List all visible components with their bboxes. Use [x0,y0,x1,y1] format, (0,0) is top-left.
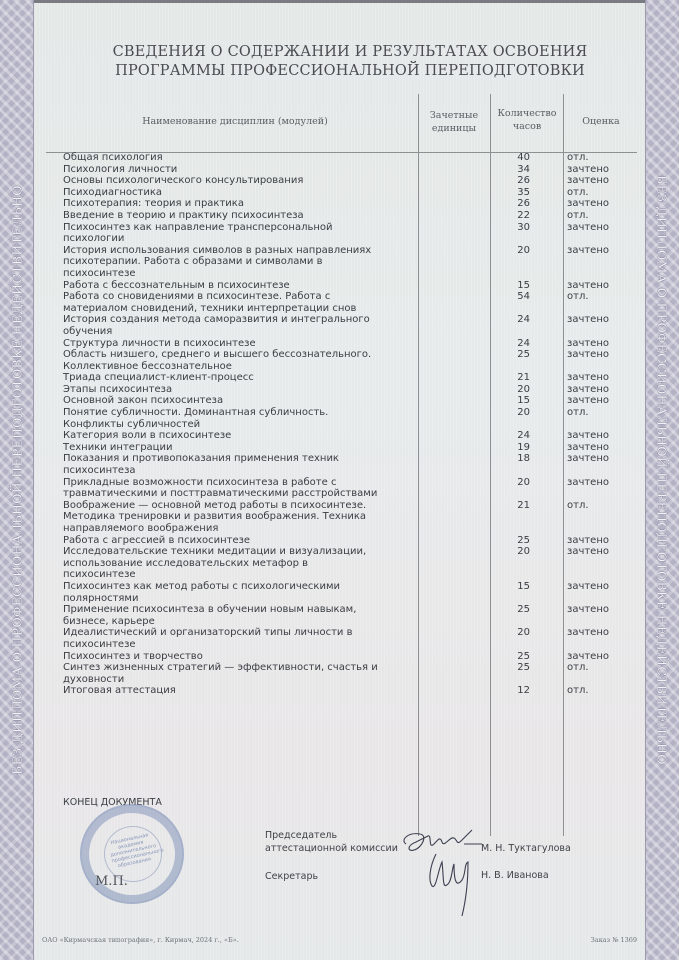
table-row: Психотерапия: теория и практика26зачтено [63,198,633,210]
discipline-name: Область низшего, среднего и высшего бесс… [63,349,381,372]
discipline-name: Работа со сновидениями в психосинтезе. Р… [63,291,381,314]
discipline-hours: 20 [500,477,530,489]
discipline-grade: зачтено [567,175,609,187]
table-row: Прикладные возможности психосинтеза в ра… [63,477,633,500]
header-grade: Оценка [565,115,637,128]
table-row: Идеалистический и организаторский типы л… [63,627,633,650]
discipline-hours: 15 [500,395,530,407]
header-credits-line-1: Зачетные [420,109,488,122]
discipline-name: Техники интеграции [63,442,381,454]
table-row: Психосинтез как направление трансперсона… [63,222,633,245]
discipline-hours: 40 [500,152,530,164]
discipline-grade: зачтено [567,477,609,489]
table-row: Психосинтез как метод работы с психологи… [63,581,633,604]
table-row: Категория воли в психосинтезе24зачтено [63,430,633,442]
diploma-supplement-page: БЕЗ ДИПЛОМА О ПРОФЕССИОНАЛЬНОЙ ПЕРЕПОДГО… [0,0,679,960]
discipline-name: Психодиагностика [63,187,381,199]
chair-name: М. Н. Туктагулова [481,843,571,854]
discipline-name: Прикладные возможности психосинтеза в ра… [63,477,381,500]
discipline-hours: 25 [500,604,530,616]
discipline-grade: зачтено [567,349,609,361]
table-row: Введение в теорию и практику психосинтез… [63,210,633,222]
discipline-name: Основной закон психосинтеза [63,395,381,407]
secretary-signature-icon [422,850,482,920]
discipline-grade: зачтено [567,453,609,465]
table-row: Основы психологического консультирования… [63,175,633,187]
discipline-name: Психосинтез как метод работы с психологи… [63,581,381,604]
discipline-grade: отл. [567,662,589,674]
discipline-hours: 35 [500,187,530,199]
discipline-name: Психология личности [63,164,381,176]
discipline-hours: 21 [500,500,530,512]
discipline-name: Идеалистический и организаторский типы л… [63,627,381,650]
table-row: Общая психология40отл. [63,152,633,164]
table-row: Воображение — основной метод работы в пс… [63,500,633,535]
discipline-hours: 30 [500,222,530,234]
discipline-name: Введение в теорию и практику психосинтез… [63,210,381,222]
table-row: Работа с бессознательным в психосинтезе1… [63,280,633,292]
discipline-grade: отл. [567,187,589,199]
discipline-name: Этапы психосинтеза [63,384,381,396]
table-row: Психосинтез и творчество25зачтено [63,651,633,663]
order-number: Заказ № 1369 [591,936,637,944]
discipline-grade: отл. [567,291,589,303]
discipline-grade: зачтено [567,581,609,593]
discipline-hours: 34 [500,164,530,176]
discipline-name: Понятие субличности. Доминантная субличн… [63,407,381,430]
table-row: Основной закон психосинтеза15зачтено [63,395,633,407]
discipline-grade: отл. [567,500,589,512]
official-stamp: Национальная академия дополнительного пр… [80,804,184,904]
discipline-hours: 25 [500,535,530,547]
discipline-hours: 24 [500,430,530,442]
discipline-grade: зачтено [567,245,609,257]
discipline-hours: 19 [500,442,530,454]
title-line-2: ПРОГРАММЫ ПРОФЕССИОНАЛЬНОЙ ПЕРЕПОДГОТОВК… [60,62,640,81]
secretary-name: Н. В. Иванова [481,870,549,881]
discipline-name: Основы психологического консультирования [63,175,381,187]
discipline-grade: отл. [567,407,589,419]
discipline-grade: отл. [567,685,589,697]
table-row: Работа со сновидениями в психосинтезе. Р… [63,291,633,314]
table-row: Психодиагностика35отл. [63,187,633,199]
discipline-hours: 12 [500,685,530,697]
discipline-name: История создания метода саморазвития и и… [63,314,381,337]
table-row: Показания и противопоказания применения … [63,453,633,476]
discipline-grade: зачтено [567,627,609,639]
seal-place-label: М.П. [95,874,128,889]
discipline-hours: 18 [500,453,530,465]
printer-imprint: ОАО «Кирмачская типография», г. Кирмач, … [42,936,239,944]
discipline-name: Психотерапия: теория и практика [63,198,381,210]
discipline-grade: зачтено [567,442,609,454]
discipline-grade: зачтено [567,164,609,176]
discipline-name: Итоговая аттестация [63,685,381,697]
discipline-hours: 20 [500,384,530,396]
discipline-name: Работа с агрессией в психосинтезе [63,535,381,547]
discipline-grade: зачтено [567,651,609,663]
discipline-hours: 20 [500,407,530,419]
table-row: Понятие субличности. Доминантная субличн… [63,407,633,430]
table-row: Триада специалист-клиент-процесс21зачтен… [63,372,633,384]
chair-label-line-2: аттестационной комиссии [265,842,398,855]
header-hours-line-2: часов [491,120,563,133]
discipline-name: Синтез жизненных стратегий — эффективнос… [63,662,381,685]
discipline-grade: зачтено [567,546,609,558]
table-row: Применение психосинтеза в обучении новым… [63,604,633,627]
discipline-name: История использования символов в разных … [63,245,381,280]
discipline-hours: 15 [500,581,530,593]
table-row: Структура личности в психосинтезе24зачте… [63,338,633,350]
table-row: Область низшего, среднего и высшего бесс… [63,349,633,372]
discipline-name: Психосинтез как направление трансперсона… [63,222,381,245]
discipline-name: Применение психосинтеза в обучении новым… [63,604,381,627]
discipline-name: Показания и противопоказания применения … [63,453,381,476]
discipline-grade: зачтено [567,280,609,292]
document-title: СВЕДЕНИЯ О СОДЕРЖАНИИ И РЕЗУЛЬТАТАХ ОСВО… [60,43,640,81]
discipline-name: Структура личности в психосинтезе [63,338,381,350]
discipline-grade: зачтено [567,314,609,326]
discipline-grade: зачтено [567,535,609,547]
table-row: История использования символов в разных … [63,245,633,280]
discipline-grade: зачтено [567,604,609,616]
header-credits: Зачетные единицы [420,109,488,135]
discipline-name: Триада специалист-клиент-процесс [63,372,381,384]
table-row: История создания метода саморазвития и и… [63,314,633,337]
discipline-hours: 20 [500,546,530,558]
table-row: Синтез жизненных стратегий — эффективнос… [63,662,633,685]
chair-label: Председатель аттестационной комиссии [265,829,398,855]
page-top-edge [0,0,679,3]
discipline-grade: зачтено [567,430,609,442]
table-row: Психология личности34зачтено [63,164,633,176]
header-discipline: Наименование дисциплин (модулей) [95,115,375,128]
table-row: Этапы психосинтеза20зачтено [63,384,633,396]
discipline-name: Воображение — основной метод работы в пс… [63,500,381,535]
chair-label-line-1: Председатель [265,829,398,842]
discipline-hours: 21 [500,372,530,384]
discipline-grade: зачтено [567,338,609,350]
right-side-notice: БЕЗ ДИПЛОМА О ПРОФЕССИОНАЛЬНОЙ ПЕРЕПОДГО… [655,175,670,765]
table-row: Техники интеграции19зачтено [63,442,633,454]
discipline-grade: отл. [567,152,589,164]
secretary-label: Секретарь [265,870,318,883]
discipline-hours: 24 [500,314,530,326]
discipline-grade: зачтено [567,384,609,396]
discipline-hours: 26 [500,175,530,187]
discipline-hours: 22 [500,210,530,222]
discipline-name: Психосинтез и творчество [63,651,381,663]
discipline-hours: 25 [500,662,530,674]
discipline-hours: 25 [500,349,530,361]
title-line-1: СВЕДЕНИЯ О СОДЕРЖАНИИ И РЕЗУЛЬТАТАХ ОСВО… [60,43,640,62]
header-credits-line-2: единицы [420,122,488,135]
discipline-hours: 20 [500,627,530,639]
table-row: Исследовательские техники медитации и ви… [63,546,633,581]
left-side-notice: БЕЗ ДИПЛОМА О ПРОФЕССИОНАЛЬНОЙ ПЕРЕПОДГО… [10,185,25,775]
discipline-grade: отл. [567,210,589,222]
discipline-name: Работа с бессознательным в психосинтезе [63,280,381,292]
discipline-name: Категория воли в психосинтезе [63,430,381,442]
discipline-hours: 54 [500,291,530,303]
table-row: Итоговая аттестация12отл. [63,685,633,697]
table-row: Работа с агрессией в психосинтезе25зачте… [63,535,633,547]
discipline-hours: 26 [500,198,530,210]
discipline-hours: 25 [500,651,530,663]
disciplines-table-body: Общая психология40отл.Психология личност… [63,152,633,697]
discipline-name: Исследовательские техники медитации и ви… [63,546,381,581]
discipline-hours: 24 [500,338,530,350]
header-hours-line-1: Количество [491,107,563,120]
discipline-grade: зачтено [567,198,609,210]
discipline-grade: зачтено [567,372,609,384]
discipline-grade: зачтено [567,395,609,407]
discipline-hours: 20 [500,245,530,257]
discipline-name: Общая психология [63,152,381,164]
header-hours: Количество часов [491,107,563,133]
discipline-hours: 15 [500,280,530,292]
discipline-grade: зачтено [567,222,609,234]
